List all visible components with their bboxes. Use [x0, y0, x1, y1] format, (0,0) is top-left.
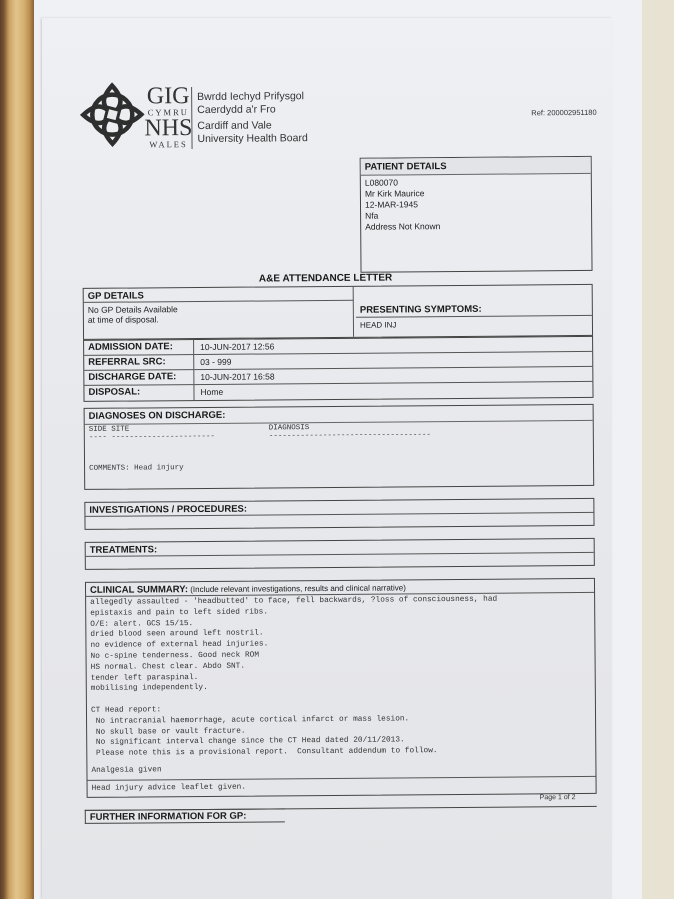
diagnoses-box: DIAGNOSES ON DISCHARGE: SIDE SITE DIAGNO…	[84, 404, 595, 490]
nhs-text: NHS	[143, 117, 193, 139]
clinical-summary-box: CLINICAL SUMMARY: (Include relevant inve…	[85, 578, 597, 798]
board-english-line2: University Health Board	[197, 132, 307, 145]
discharge-date-value: 10-JUN-2017 16:58	[200, 371, 274, 382]
gp-details-box: GP DETAILS No GP Details Available at ti…	[83, 284, 593, 340]
reference-number: Ref: 200002951180	[531, 108, 596, 118]
investigations-heading: INVESTIGATIONS / PROCEDURES:	[85, 499, 593, 517]
analgesia-note: Analgesia given	[91, 766, 161, 775]
patient-address-line2: Address Not Known	[365, 220, 587, 233]
gp-details-text: No GP Details Available at time of dispo…	[84, 301, 354, 339]
clinical-summary-header: CLINICAL SUMMARY: (Include relevant inve…	[86, 579, 594, 597]
gp-details-line2: at time of disposal.	[88, 313, 349, 325]
further-info-heading: FURTHER INFORMATION FOR GP:	[85, 808, 285, 824]
wooden-frame	[0, 0, 36, 899]
clinical-summary-text: allegedly assaulted - 'headbutted' to fa…	[90, 595, 498, 760]
attendance-info-table: ADMISSION DATE: 10-JUN-2017 12:56 REFERR…	[83, 336, 593, 402]
discharge-date-label: DISCHARGE DATE:	[84, 370, 194, 385]
admission-date-value: 10-JUN-2017 12:56	[200, 341, 274, 352]
admission-date-label: ADMISSION DATE:	[84, 340, 194, 355]
wales-text: WALES	[143, 139, 193, 149]
health-board-name: Bwrdd Iechyd Prifysgol Caerdydd a'r Fro …	[197, 90, 308, 145]
presenting-symptoms-heading: PRESENTING SYMPTOMS:	[356, 299, 592, 318]
referral-src-label: REFERRAL SRC:	[84, 355, 194, 370]
letter-page: GIG CYMRU NHS WALES Bwrdd Iechyd Prifysg…	[42, 18, 612, 899]
page-number: Page 1 of 2	[540, 794, 576, 801]
investigations-box: INVESTIGATIONS / PROCEDURES:	[84, 498, 594, 530]
board-english-line1: Cardiff and Vale	[197, 119, 307, 132]
column-rule-1: ---- -----------------------	[89, 433, 215, 442]
treatments-heading: TREATMENTS:	[86, 539, 594, 557]
celtic-knot-icon	[79, 81, 146, 148]
board-welsh-line1: Bwrdd Iechyd Prifysgol	[197, 90, 307, 103]
presenting-symptoms-value: HEAD INJ	[356, 320, 397, 329]
diagnoses-heading: DIAGNOSES ON DISCHARGE:	[85, 405, 593, 425]
gig-text: GIG	[143, 85, 193, 107]
summary-divider	[88, 776, 596, 781]
clinical-summary-heading: CLINICAL SUMMARY:	[90, 584, 188, 596]
disposal-value: Home	[200, 387, 223, 397]
column-rule-2: ------------------------------------	[269, 431, 431, 440]
disposal-row: DISPOSAL: Home	[84, 382, 592, 401]
clinical-summary-subheading: (Include relevant investigations, result…	[188, 583, 406, 594]
advice-note: Head injury advice leaflet given.	[92, 784, 246, 793]
treatments-box: TREATMENTS:	[85, 538, 595, 570]
patient-details-heading: PATIENT DETAILS	[361, 157, 591, 176]
diagnosis-comments: COMMENTS: Head injury	[89, 464, 184, 473]
patient-details-box: PATIENT DETAILS L080070 Mr Kirk Maurice …	[360, 156, 593, 273]
referral-src-value: 03 - 999	[200, 357, 231, 367]
disposal-label: DISPOSAL:	[84, 385, 194, 401]
board-welsh-line2: Caerdydd a'r Fro	[197, 103, 307, 116]
nhs-wales-wordmark: GIG CYMRU NHS WALES	[143, 85, 194, 149]
